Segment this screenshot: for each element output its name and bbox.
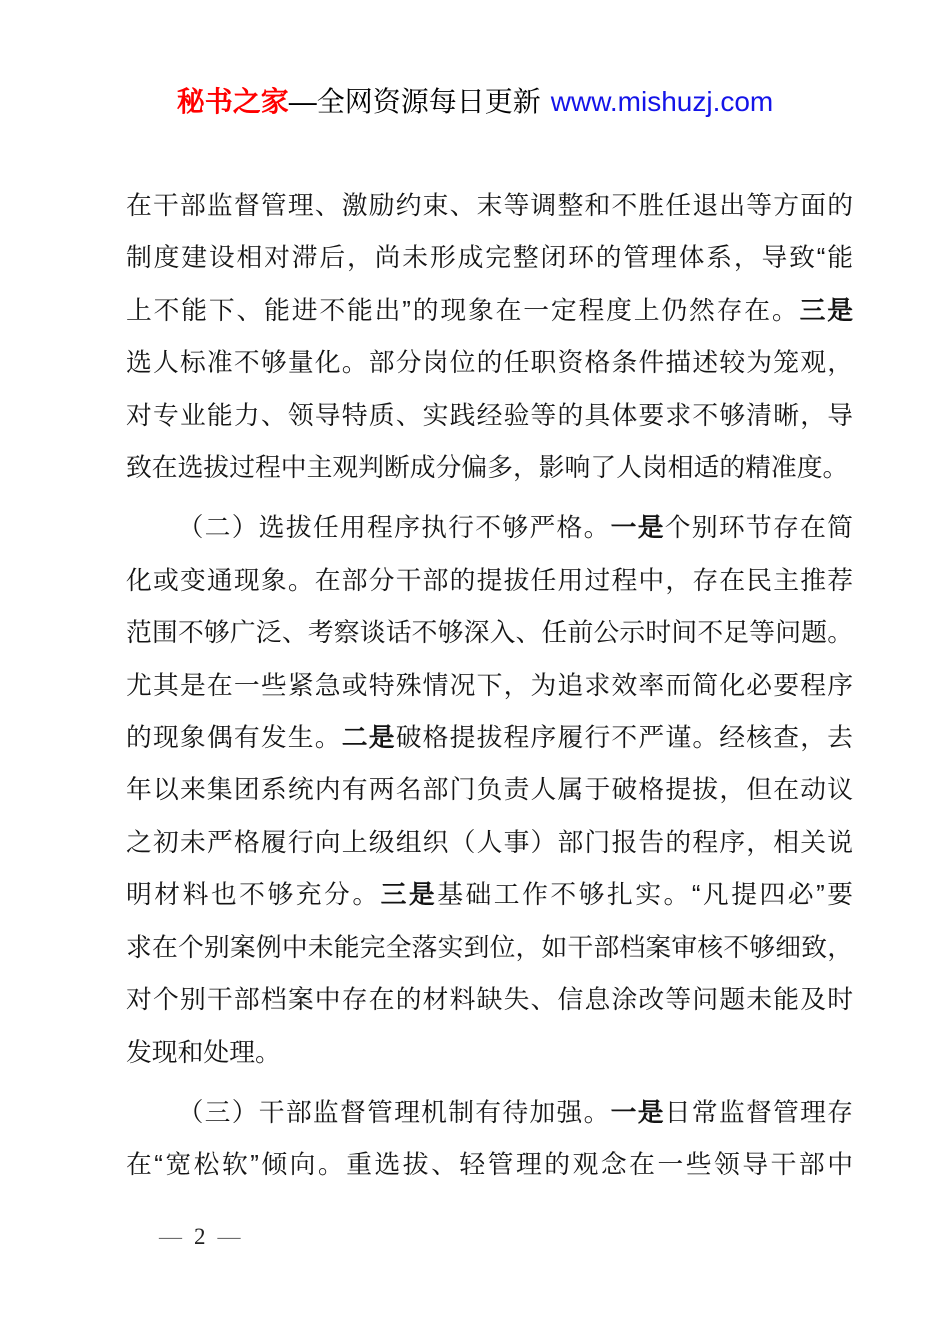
body-text-run: 制度建设相对滞后，尚未形成完整闭环的管理体系，导致“能 [126,244,853,272]
text-line: 上不能下、能进不能出”的现象在一定程度上仍然存在。三是 [126,285,853,337]
text-line: 制度建设相对滞后，尚未形成完整闭环的管理体系，导致“能 [126,232,853,284]
text-line: 在干部监督管理、激励约束、末等调整和不胜任退出等方面的 [126,180,853,232]
bold-marker-text: 三是 [381,881,438,909]
body-text-run: 发现和处理。 [126,1039,281,1067]
body-text-run: 选人标准不够量化。部分岗位的任职资格条件描述较为笼观， [126,349,853,377]
body-text-run: 日常监督管理存 [665,1099,853,1127]
text-line: （三）干部监督管理机制有待加强。一是日常监督管理存 [126,1087,853,1139]
footer-dash-icon: — [218,1224,241,1249]
body-text-run: 求在个别案例中未能完全落实到位，如干部档案审核不够细致， [126,934,853,962]
page-footer: —2— [159,1222,241,1252]
body-text-run: 基础工作不够扎实。“凡提四必”要 [437,881,853,909]
bold-marker-text: 一是 [611,1099,665,1127]
paragraph: （三）干部监督管理机制有待加强。一是日常监督管理存在“宽松软”倾向。重选拔、轻管… [126,1087,853,1192]
page-header: 秘书之家—全网资源每日更新www.mishuzj.com [0,84,950,120]
bold-marker-text: 二是 [342,724,396,752]
text-line: 年以来集团系统内有两名部门负责人属于破格提拔，但在动议 [126,764,853,816]
body-text-run: 致在选拔过程中主观判断成分偏多，影响了人岗相适的精准度。 [126,454,848,482]
text-line: 化或变通现象。在部分干部的提拔任用过程中，存在民主推荐 [126,555,853,607]
body-text-run: 对专业能力、领导特质、实践经验等的具体要求不够清晰，导 [126,402,853,430]
body-text-run: （三）干部监督管理机制有待加强。 [178,1099,611,1127]
body-text-run: 在“宽松软”倾向。重选拔、轻管理的观念在一些领导干部中 [126,1151,853,1179]
paragraph: （二）选拔任用程序执行不够严格。一是个别环节存在简化或变通现象。在部分干部的提拔… [126,502,853,1078]
body-text-run: 上不能下、能进不能出”的现象在一定程度上仍然存在。 [126,297,800,325]
text-line: 在“宽松软”倾向。重选拔、轻管理的观念在一些领导干部中 [126,1139,853,1191]
text-line: 对专业能力、领导特质、实践经验等的具体要求不够清晰，导 [126,390,853,442]
text-line: 对个别干部档案中存在的材料缺失、信息涂改等问题未能及时 [126,974,853,1026]
body-text-run: 的现象偶有发生。 [126,724,342,752]
text-line: 致在选拔过程中主观判断成分偏多，影响了人岗相适的精准度。 [126,442,853,494]
body-text-run: 化或变通现象。在部分干部的提拔任用过程中，存在民主推荐 [126,567,853,595]
header-tagline: —全网资源每日更新 [289,86,541,117]
text-line: 尤其是在一些紧急或特殊情况下，为追求效率而简化必要程序 [126,660,853,712]
text-line: 范围不够广泛、考察谈话不够深入、任前公示时间不足等问题。 [126,607,853,659]
text-line: 选人标准不够量化。部分岗位的任职资格条件描述较为笼观， [126,337,853,389]
body-text-run: 在干部监督管理、激励约束、末等调整和不胜任退出等方面的 [126,192,853,220]
text-line: 明材料也不够充分。三是基础工作不够扎实。“凡提四必”要 [126,869,853,921]
text-line: 求在个别案例中未能完全落实到位，如干部档案审核不够细致， [126,922,853,974]
document-page: 秘书之家—全网资源每日更新www.mishuzj.com 在干部监督管理、激励约… [0,0,950,1344]
bold-marker-text: 三是 [800,297,853,325]
text-line: （二）选拔任用程序执行不够严格。一是个别环节存在简 [126,502,853,554]
body-text-run: 明材料也不够充分。 [126,881,381,909]
text-line: 的现象偶有发生。二是破格提拔程序履行不严谨。经核查，去 [126,712,853,764]
text-line: 之初未严格履行向上级组织（人事）部门报告的程序，相关说 [126,817,853,869]
body-text-run: 尤其是在一些紧急或特殊情况下，为追求效率而简化必要程序 [126,672,853,700]
body-text-run: （二）选拔任用程序执行不够严格。 [178,514,611,542]
paragraph: 在干部监督管理、激励约束、末等调整和不胜任退出等方面的制度建设相对滞后，尚未形成… [126,180,853,494]
body-text-run: 破格提拔程序履行不严谨。经核查，去 [396,724,853,752]
page-number: 2 [194,1224,206,1249]
document-body: 在干部监督管理、激励约束、末等调整和不胜任退出等方面的制度建设相对滞后，尚未形成… [126,180,853,1192]
footer-dash-icon: — [159,1224,182,1249]
brand-name: 秘书之家 [177,86,289,117]
body-text-run: 个别环节存在简 [665,514,853,542]
site-url-link[interactable]: www.mishuzj.com [551,86,773,117]
body-text-run: 范围不够广泛、考察谈话不够深入、任前公示时间不足等问题。 [126,619,853,647]
body-text-run: 之初未严格履行向上级组织（人事）部门报告的程序，相关说 [126,829,853,857]
text-line: 发现和处理。 [126,1027,853,1079]
bold-marker-text: 一是 [611,514,665,542]
body-text-run: 年以来集团系统内有两名部门负责人属于破格提拔，但在动议 [126,776,853,804]
body-text-run: 对个别干部档案中存在的材料缺失、信息涂改等问题未能及时 [126,986,853,1014]
